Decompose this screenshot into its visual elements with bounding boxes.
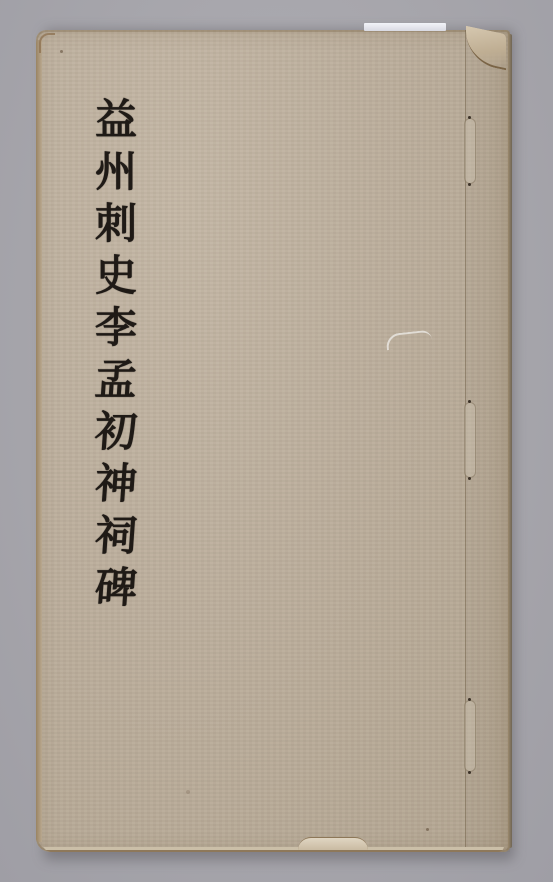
book-cover: 益 州 刺 史 李 孟 初 神 祠 碑 — [36, 30, 510, 852]
loose-thread — [385, 330, 432, 351]
paper-spot — [186, 790, 190, 794]
title-char: 史 — [95, 250, 137, 302]
spine-edge — [508, 34, 512, 848]
binding-stitch-1 — [464, 118, 476, 184]
title-char: 李 — [95, 302, 137, 354]
paper-spot — [426, 828, 429, 831]
title-char: 州 — [95, 146, 137, 198]
title-char: 祠 — [93, 510, 139, 562]
title-char: 初 — [93, 406, 139, 458]
bottom-edge-tear — [298, 837, 368, 850]
binding-stitch-2 — [464, 402, 476, 478]
binding-stitch-3 — [464, 700, 476, 772]
bottom-edge-wear — [42, 842, 504, 852]
title-char: 孟 — [93, 354, 139, 406]
title-char: 刺 — [95, 198, 137, 250]
white-label-strip — [364, 23, 446, 31]
title-char: 碑 — [93, 562, 139, 614]
top-left-corner-wear — [39, 33, 55, 53]
book-title: 益 州 刺 史 李 孟 初 神 祠 碑 — [86, 94, 146, 614]
cover-left-edge — [36, 40, 42, 842]
title-char: 神 — [93, 458, 139, 510]
title-char: 益 — [95, 94, 137, 146]
paper-spot — [60, 50, 63, 53]
